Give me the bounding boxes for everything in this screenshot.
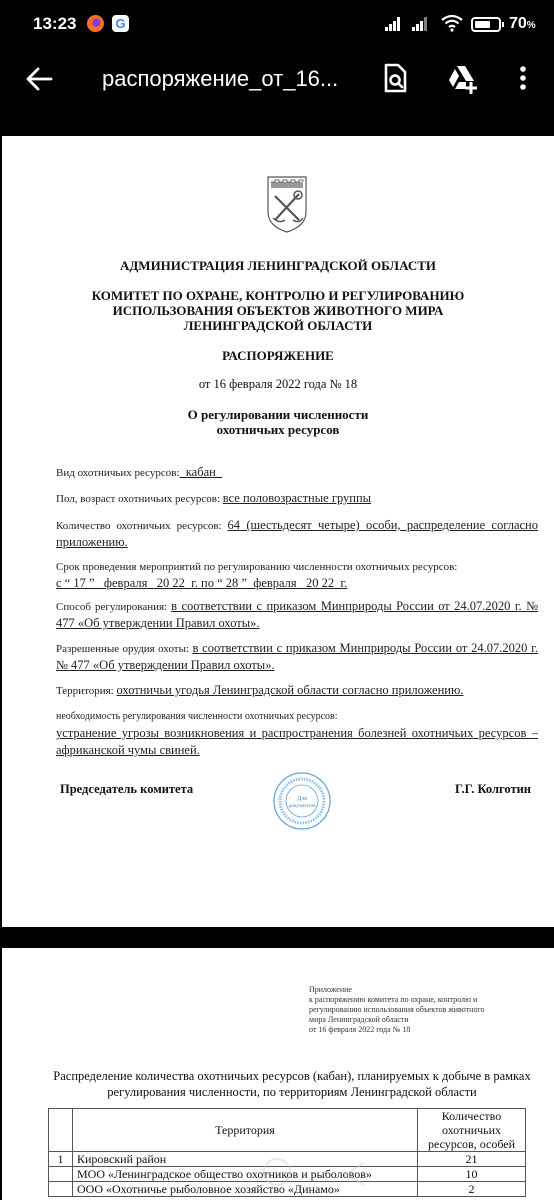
battery-percent: 70%: [509, 15, 536, 33]
firefox-icon: [87, 15, 104, 32]
battery-icon: [471, 17, 501, 32]
appendix-header: Приложение к распоряжению комитета по ох…: [309, 985, 485, 1035]
signal-sim2-icon: [412, 17, 432, 31]
subject-line-1: О регулировании численности: [2, 407, 554, 423]
signal-sim1-icon: [385, 17, 405, 31]
table-row: ООО «Охотничье рыболовное хозяйство «Дин…: [49, 1182, 526, 1197]
add-to-drive-icon[interactable]: [444, 60, 480, 96]
field-sex-age: Пол, возраст охотничьих ресурсов: все по…: [56, 490, 538, 507]
battery-level: [475, 21, 490, 28]
more-options-icon[interactable]: [505, 60, 541, 96]
committee-header-line-2: ИСПОЛЬЗОВАНИЯ ОБЪЕКТОВ ЖИВОТНОГО МИРА: [2, 303, 554, 319]
table-header-row: Территория Количество охотничьих ресурсо…: [49, 1109, 526, 1152]
clock: 13:23: [33, 14, 76, 34]
field-hunting-tools: Разрешенные орудия охоты: в соответствии…: [56, 640, 538, 674]
document-type: РАСПОРЯЖЕНИЕ: [2, 348, 554, 364]
col-quantity: Количество охотничьих ресурсов, особей: [418, 1109, 526, 1152]
col-number: [49, 1109, 73, 1152]
document-title: распоряжение_от_16...: [102, 66, 338, 92]
org-header: АДМИНИСТРАЦИЯ ЛЕНИНГРАДСКОЙ ОБЛАСТИ: [2, 258, 554, 274]
document-viewer[interactable]: АДМИНИСТРАЦИЯ ЛЕНИНГРАДСКОЙ ОБЛАСТИ КОМИ…: [0, 136, 554, 1200]
field-species: Вид охотничьих ресурсов:_кабан_: [56, 464, 538, 481]
field-method: Способ регулирования: в соответствии с п…: [56, 598, 538, 632]
document-page-2: Приложение к распоряжению комитета по ох…: [2, 948, 554, 1200]
table-row: 1 Кировский район 21: [49, 1152, 526, 1167]
distribution-table: Территория Количество охотничьих ресурсо…: [48, 1108, 526, 1197]
wifi-icon: [441, 14, 463, 32]
col-territory: Территория: [73, 1109, 418, 1152]
find-in-document-icon[interactable]: [377, 60, 413, 96]
status-bar: 13:23 G 70%: [0, 0, 554, 50]
subject-line-2: охотничьих ресурсов: [2, 422, 554, 438]
svg-text:Для: Для: [297, 796, 307, 802]
table-row: МОО «Ленинградское общество охотников и …: [49, 1167, 526, 1182]
field-period: Срок проведения мероприятий по регулиров…: [56, 559, 538, 592]
svg-text:документов: документов: [288, 803, 316, 809]
document-date: от 16 февраля 2022 года № 18: [2, 377, 554, 392]
signatory-name: Г.Г. Колготин: [455, 782, 531, 797]
document-page-1: АДМИНИСТРАЦИЯ ЛЕНИНГРАДСКОЙ ОБЛАСТИ КОМИ…: [2, 136, 554, 927]
back-arrow-icon[interactable]: [22, 62, 56, 96]
field-necessity: необходимость регулирования численности …: [56, 708, 538, 759]
committee-header-line-1: КОМИТЕТ ПО ОХРАНЕ, КОНТРОЛЮ И РЕГУЛИРОВА…: [2, 288, 554, 304]
field-quantity: Количество охотничьих ресурсов: 64 (шест…: [56, 517, 538, 551]
google-icon: G: [112, 15, 129, 32]
coat-of-arms-icon: [265, 174, 309, 234]
app-bar: распоряжение_от_16...: [0, 50, 554, 112]
field-territory: Территория: охотничьи угодья Ленинградск…: [56, 682, 538, 699]
official-stamp: Для документов: [272, 771, 332, 831]
committee-header-line-3: ЛЕНИНГРАДСКОЙ ОБЛАСТИ: [2, 318, 554, 334]
signatory-position: Председатель комитета: [60, 782, 193, 797]
appendix-table-title: Распределение количества охотничьих ресу…: [52, 1068, 532, 1100]
